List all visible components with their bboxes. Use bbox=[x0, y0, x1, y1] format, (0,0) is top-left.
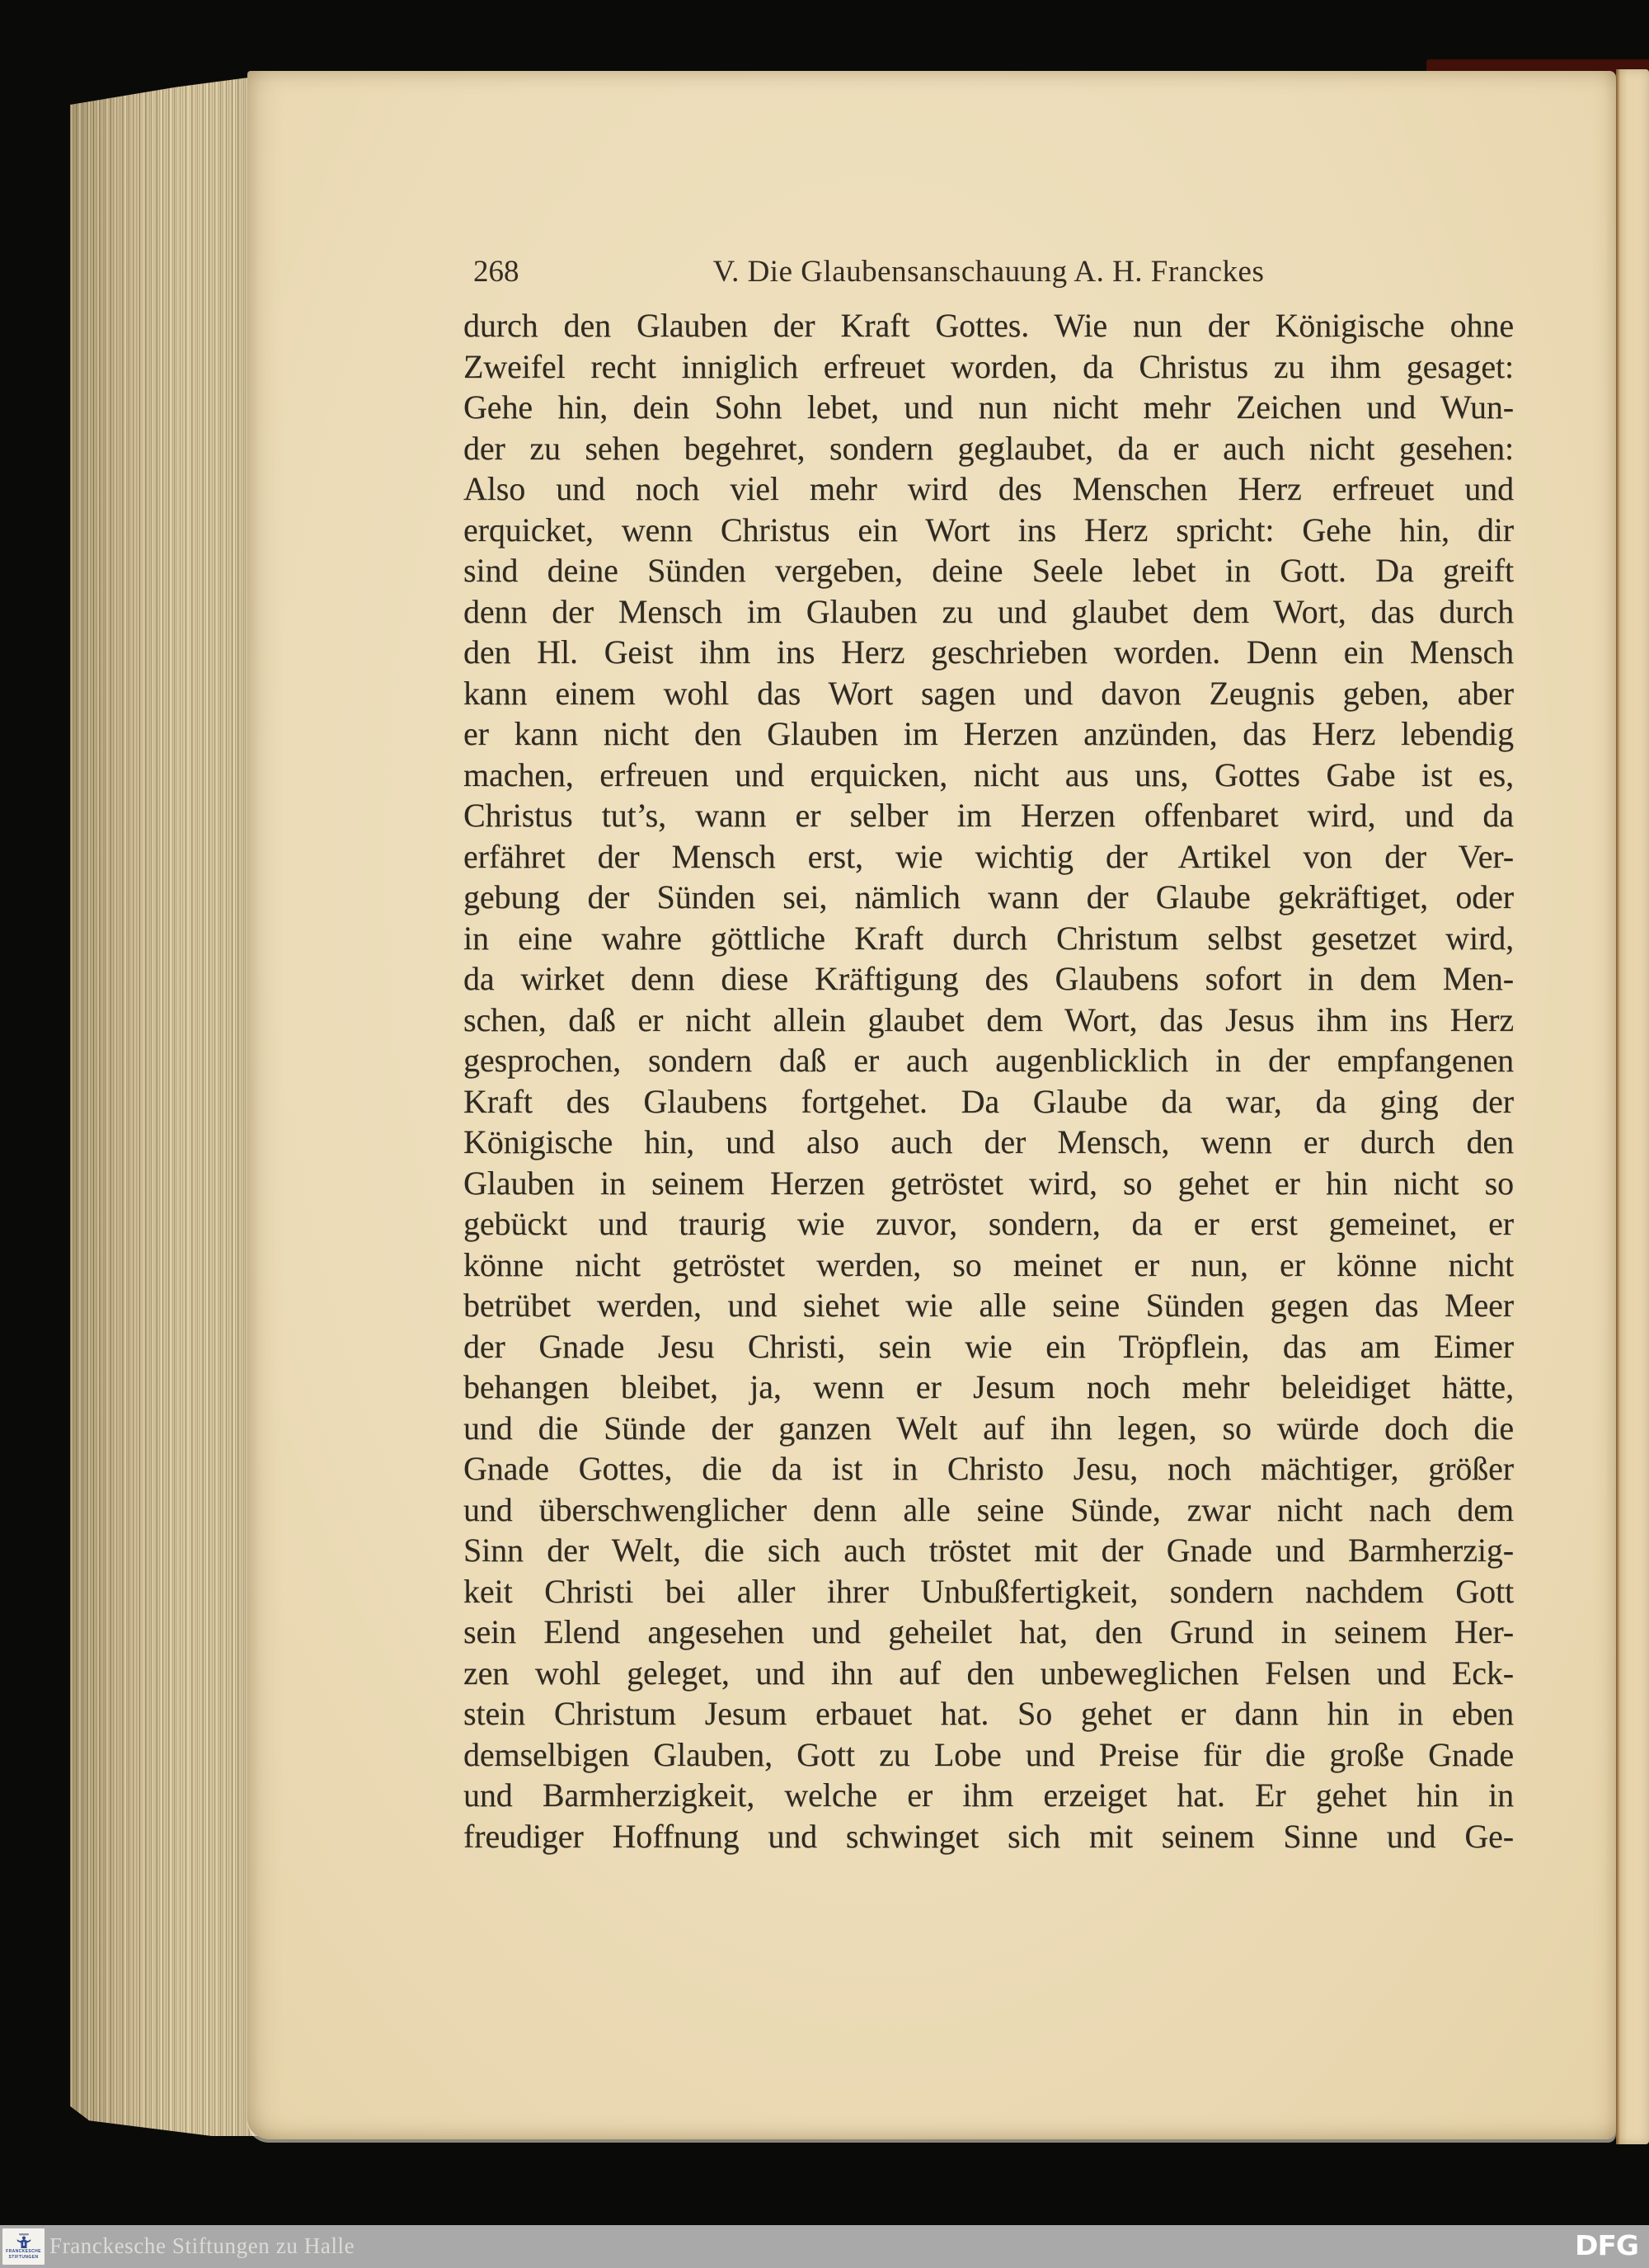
text-line: Christus tut’s, wann er selber im Herzen… bbox=[463, 795, 1514, 836]
text-line: den Hl. Geist ihm ins Herz geschrieben w… bbox=[463, 632, 1514, 673]
text-line: erfähret der Mensch erst, wie wichtig de… bbox=[463, 836, 1514, 878]
text-line: machen, erfreuen und erquicken, nicht au… bbox=[463, 755, 1514, 796]
digitization-footer-bar: FRANCKESCHE STIFTUNGEN Franckesche Stift… bbox=[0, 2225, 1649, 2268]
text-line: in eine wahre göttliche Kraft durch Chri… bbox=[463, 918, 1514, 959]
text-line: stein Christum Jesum erbauet hat. So geh… bbox=[463, 1693, 1514, 1734]
text-line: behangen bleibet, ja, wenn er Jesum noch… bbox=[463, 1367, 1514, 1408]
text-line: zen wohl geleget, und ihn auf den unbewe… bbox=[463, 1653, 1514, 1694]
text-line: er kann nicht den Glauben im Herzen anzü… bbox=[463, 713, 1514, 755]
facing-page-edge bbox=[1616, 69, 1649, 2144]
text-line: demselbigen Glauben, Gott zu Lobe und Pr… bbox=[463, 1734, 1514, 1776]
text-line: sind deine Sünden vergeben, deine Seele … bbox=[463, 550, 1514, 591]
text-line: gesprochen, sondern daß er auch augenbli… bbox=[463, 1040, 1514, 1081]
text-line: gebückt und traurig wie zuvor, sondern, … bbox=[463, 1203, 1514, 1245]
text-line: keit Christi bei aller ihrer Unbußfertig… bbox=[463, 1571, 1514, 1612]
body-text: durch den Glauben der Kraft Gottes. Wie … bbox=[463, 305, 1514, 1856]
text-line: gebung der Sünden sei, nämlich wann der … bbox=[463, 877, 1514, 918]
scanned-book-photo: { "document": { "page_number": "268", "r… bbox=[0, 0, 1649, 2268]
text-line: und überschwenglicher denn alle seine Sü… bbox=[463, 1489, 1514, 1531]
text-line: Glauben in seinem Herzen getröstet wird,… bbox=[463, 1163, 1514, 1204]
text-line: freudiger Hoffnung und schwinget sich mi… bbox=[463, 1816, 1514, 1857]
franckesche-stiftungen-logo-icon bbox=[15, 2233, 33, 2249]
text-line: da wirket denn diese Kräftigung des Glau… bbox=[463, 958, 1514, 1000]
book-page: 268 V. Die Glaubensanschauung A. H. Fran… bbox=[247, 71, 1616, 2139]
institution-label: Franckesche Stiftungen zu Halle bbox=[49, 2233, 355, 2259]
text-line: durch den Glauben der Kraft Gottes. Wie … bbox=[463, 305, 1514, 346]
text-line: Sinn der Welt, die sich auch tröstet mit… bbox=[463, 1530, 1514, 1571]
text-line: der zu sehen begehret, sondern geglaubet… bbox=[463, 428, 1514, 469]
text-line: und die Sünde der ganzen Welt auf ihn le… bbox=[463, 1408, 1514, 1449]
book-page-stack-fore-edge bbox=[70, 76, 261, 2136]
text-line: erquicket, wenn Christus ein Wort ins He… bbox=[463, 510, 1514, 551]
franckesche-stiftungen-logo: FRANCKESCHE STIFTUNGEN bbox=[2, 2228, 45, 2265]
text-line: schen, daß er nicht allein glaubet dem W… bbox=[463, 1000, 1514, 1041]
text-line: der Gnade Jesu Christi, sein wie ein Trö… bbox=[463, 1326, 1514, 1367]
text-line: Zweifel recht inniglich erfreuet worden,… bbox=[463, 346, 1514, 388]
text-line: Gnade Gottes, die da ist in Christo Jesu… bbox=[463, 1448, 1514, 1489]
dfg-logo: DFG bbox=[1575, 2229, 1638, 2261]
logo-caption-line2: STIFTUNGEN bbox=[9, 2256, 39, 2261]
text-line: kann einem wohl das Wort sagen und davon… bbox=[463, 673, 1514, 714]
text-line: könne nicht getröstet werden, so meinet … bbox=[463, 1245, 1514, 1286]
page-header: 268 V. Die Glaubensanschauung A. H. Fran… bbox=[463, 254, 1514, 292]
text-line: Kraft des Glaubens fortgehet. Da Glaube … bbox=[463, 1081, 1514, 1122]
page-number: 268 bbox=[473, 254, 519, 289]
text-line: Gehe hin, dein Sohn lebet, und nun nicht… bbox=[463, 387, 1514, 428]
text-line: sein Elend angesehen und geheilet hat, d… bbox=[463, 1612, 1514, 1653]
text-line: denn der Mensch im Glauben zu und glaube… bbox=[463, 591, 1514, 633]
text-line: Königische hin, und also auch der Mensch… bbox=[463, 1122, 1514, 1163]
running-header: V. Die Glaubensanschauung A. H. Franckes bbox=[463, 254, 1514, 289]
text-line: Also und noch viel mehr wird des Mensche… bbox=[463, 468, 1514, 510]
text-line: betrübet werden, und siehet wie alle sei… bbox=[463, 1285, 1514, 1326]
text-line: und Barmherzigkeit, welche er ihm erzeig… bbox=[463, 1775, 1514, 1816]
logo-caption-line1: FRANCKESCHE bbox=[6, 2250, 41, 2255]
